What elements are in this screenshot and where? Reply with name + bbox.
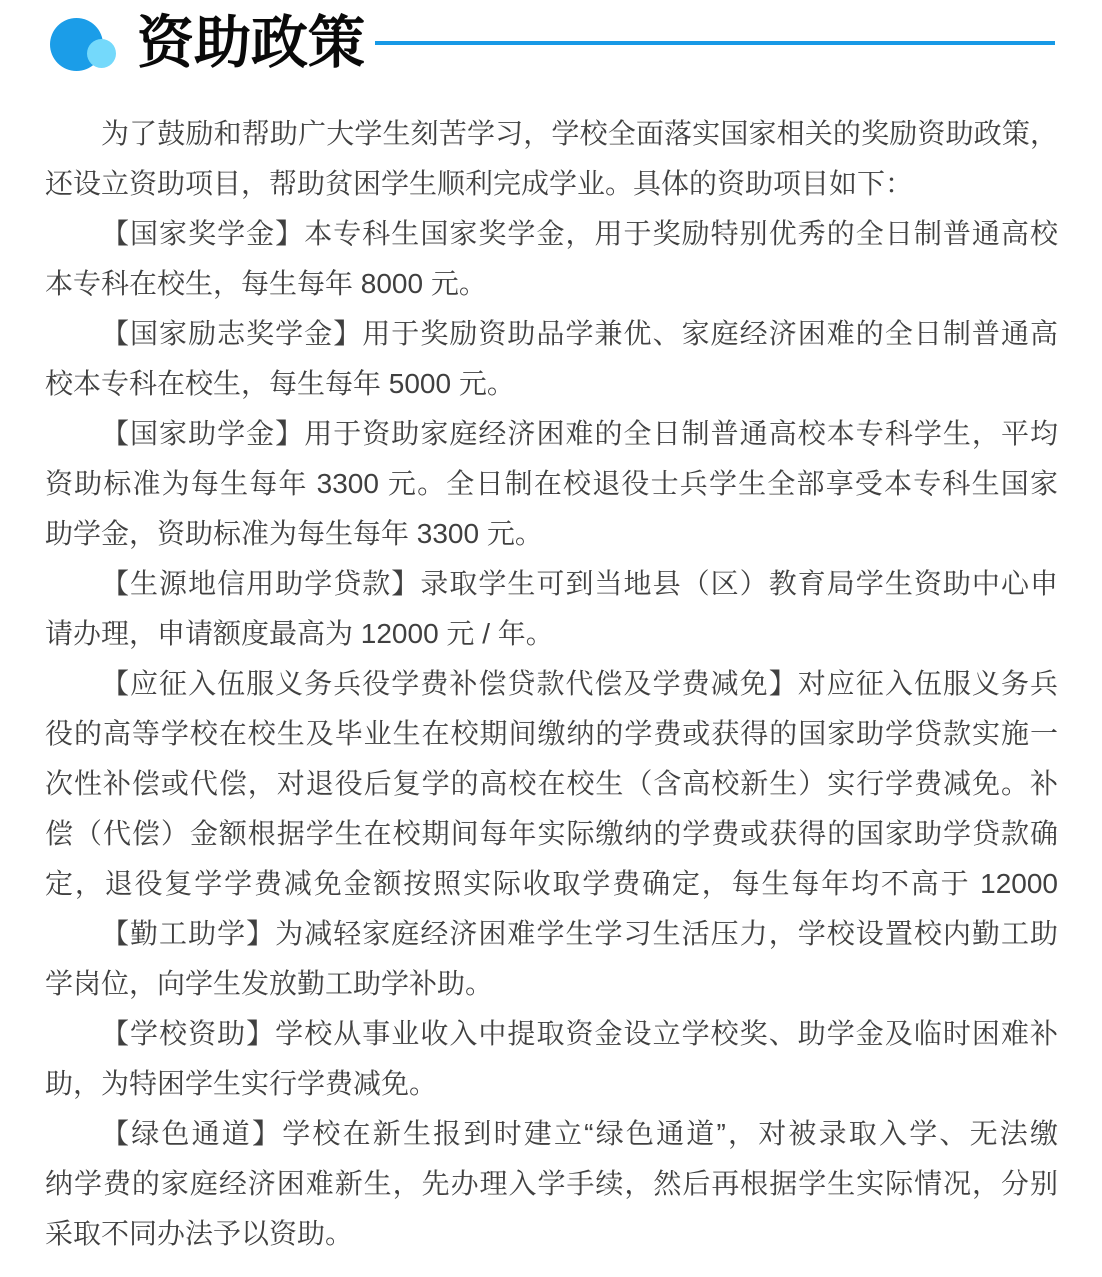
text-line: 定，退役复学学费减免金额按照实际收取学费确定，每生每年均不高于 12000 元。 <box>45 859 1058 909</box>
text-line: 【勤工助学】为减轻家庭经济困难学生学习生活压力，学校设置校内勤工助 <box>45 909 1058 959</box>
text-line: 资助标准为每生每年 3300 元。全日制在校退役士兵学生全部享受本专科生国家 <box>45 459 1058 509</box>
paragraph: 为了鼓励和帮助广大学生刻苦学习，学校全面落实国家相关的奖励资助政策，还设立资助项… <box>45 109 1058 209</box>
text-line: 【学校资助】学校从事业收入中提取资金设立学校奖、助学金及临时困难补 <box>45 1009 1058 1059</box>
article-body: 为了鼓励和帮助广大学生刻苦学习，学校全面落实国家相关的奖励资助政策，还设立资助项… <box>0 109 1102 1259</box>
text-line: 采取不同办法予以资助。 <box>45 1209 1058 1259</box>
text-line: 助，为特困学生实行学费减免。 <box>45 1059 1058 1109</box>
text-line: 【国家奖学金】本专科生国家奖学金，用于奖励特别优秀的全日制普通高校 <box>45 209 1058 259</box>
text-line: 还设立资助项目，帮助贫困学生顺利完成学业。具体的资助项目如下： <box>45 159 1058 209</box>
text-line: 学岗位，向学生发放勤工助学补助。 <box>45 959 1058 1009</box>
text-line: 请办理，申请额度最高为 12000 元 / 年。 <box>45 609 1058 659</box>
paragraph: 【国家励志奖学金】用于奖励资助品学兼优、家庭经济困难的全日制普通高校本专科在校生… <box>45 309 1058 409</box>
text-line: 役的高等学校在校生及毕业生在校期间缴纳的学费或获得的国家助学贷款实施一 <box>45 709 1058 759</box>
paragraph: 【绿色通道】学校在新生报到时建立“绿色通道”，对被录取入学、无法缴纳学费的家庭经… <box>45 1109 1058 1259</box>
text-line: 【国家励志奖学金】用于奖励资助品学兼优、家庭经济困难的全日制普通高 <box>45 309 1058 359</box>
text-line: 偿（代偿）金额根据学生在校期间每年实际缴纳的学费或获得的国家助学贷款确 <box>45 809 1058 859</box>
text-line: 为了鼓励和帮助广大学生刻苦学习，学校全面落实国家相关的奖励资助政策， <box>45 109 1058 159</box>
section-title: 资助政策 <box>137 13 365 75</box>
text-line: 助学金，资助标准为每生每年 3300 元。 <box>45 509 1058 559</box>
text-line: 【绿色通道】学校在新生报到时建立“绿色通道”，对被录取入学、无法缴 <box>45 1109 1058 1159</box>
header-rule-line <box>375 41 1055 45</box>
text-line: 次性补偿或代偿，对退役后复学的高校在校生（含高校新生）实行学费减免。补 <box>45 759 1058 809</box>
paragraph: 【勤工助学】为减轻家庭经济困难学生学习生活压力，学校设置校内勤工助学岗位，向学生… <box>45 909 1058 1009</box>
text-line: 校本专科在校生，每生每年 5000 元。 <box>45 359 1058 409</box>
paragraph: 【国家助学金】用于资助家庭经济困难的全日制普通高校本专科学生，平均资助标准为每生… <box>45 409 1058 559</box>
text-line: 【国家助学金】用于资助家庭经济困难的全日制普通高校本专科学生，平均 <box>45 409 1058 459</box>
paragraph: 【应征入伍服义务兵役学费补偿贷款代偿及学费减免】对应征入伍服义务兵役的高等学校在… <box>45 659 1058 909</box>
text-line: 【应征入伍服义务兵役学费补偿贷款代偿及学费减免】对应征入伍服义务兵 <box>45 659 1058 709</box>
paragraph: 【生源地信用助学贷款】录取学生可到当地县（区）教育局学生资助中心申请办理，申请额… <box>45 559 1058 659</box>
document-page: 资助政策 为了鼓励和帮助广大学生刻苦学习，学校全面落实国家相关的奖励资助政策，还… <box>0 0 1102 1277</box>
paragraph: 【学校资助】学校从事业收入中提取资金设立学校奖、助学金及临时困难补助，为特困学生… <box>45 1009 1058 1109</box>
text-line: 纳学费的家庭经济困难新生，先办理入学手续，然后再根据学生实际情况，分别 <box>45 1159 1058 1209</box>
section-header: 资助政策 <box>0 0 1102 109</box>
paragraph: 【国家奖学金】本专科生国家奖学金，用于奖励特别优秀的全日制普通高校本专科在校生，… <box>45 209 1058 309</box>
bullet-circle-small <box>87 39 116 68</box>
text-line: 本专科在校生，每生每年 8000 元。 <box>45 259 1058 309</box>
text-line: 【生源地信用助学贷款】录取学生可到当地县（区）教育局学生资助中心申 <box>45 559 1058 609</box>
